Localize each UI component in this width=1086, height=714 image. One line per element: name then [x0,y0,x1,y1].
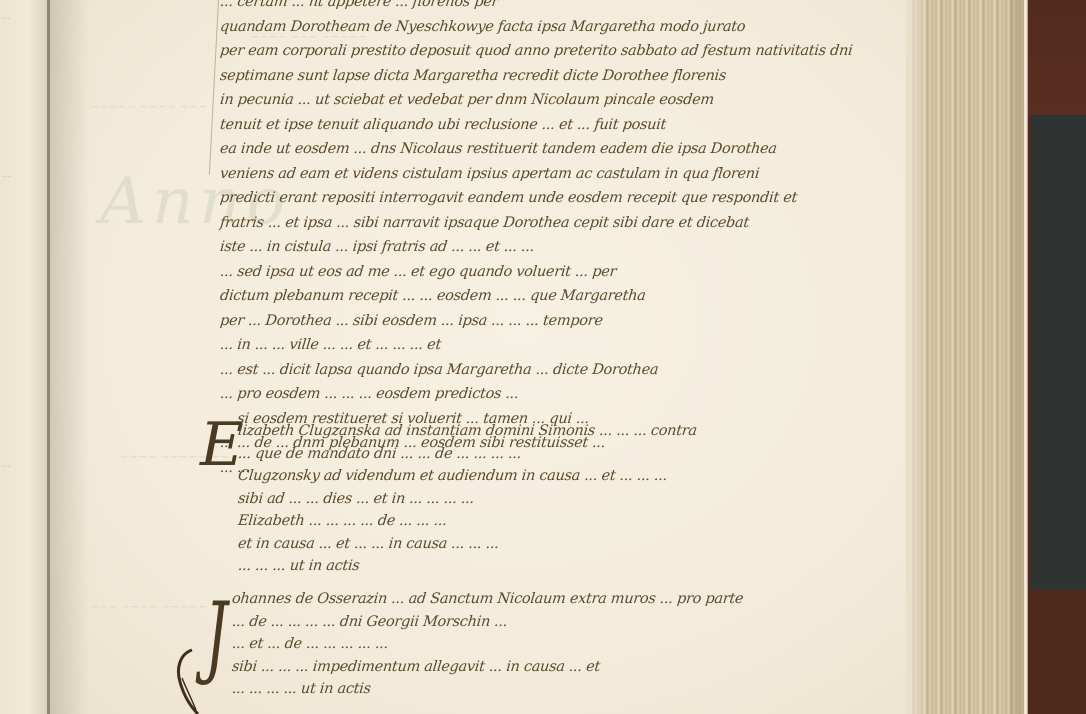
show-through-ink: ~~~~~ ~~~~ ~~~ [90,100,208,113]
text-line: quandam Dorotheam de Nyeschkowye facta i… [219,15,854,40]
text-line: per ... Dorothea ... sibi eosdem ... ips… [219,309,854,334]
text-line: Elizabeth ... ... ... ... de ... ... ... [237,510,698,533]
text-line: ea inde ut eosdem ... dns Nicolaus resti… [219,137,854,162]
text-line: Clugzonsky ad videndum et audiendum in c… [237,465,698,488]
text-line: ... sed ipsa ut eos ad me ... et ego qua… [219,260,854,285]
margin-flourish-icon [170,648,200,714]
text-line: in pecunia ... ut sciebat et vedebat per… [219,88,854,113]
paragraph-1: ... certam ... nt appetere ... florenos … [220,0,852,480]
text-line: ohannes de Osserazin ... ad Sanctum Nico… [231,588,745,611]
text-line: per eam corporali prestito deposuit quod… [219,39,854,64]
text-line: tenuit et ipse tenuit aliquando ubi recl… [219,113,854,138]
text-line: ... que de mandato dni ... ... de ... ..… [237,443,698,466]
text-line: dictum plebanum recepit ... ... eosdem .… [219,284,854,309]
text-line: ... certam ... nt appetere ... florenos … [219,0,854,15]
initial-letter-j: J [205,585,227,689]
text-line: ... ... ... ut in actis [237,555,698,578]
marginal-note: ... [2,170,11,180]
paragraph-3: ohannes de Osserazin ... ad Sanctum Nico… [232,588,743,701]
text-line: ... et ... de ... ... ... ... ... [231,633,745,656]
text-line: ... pro eosdem ... ... ... eosdem predic… [219,382,854,407]
page-fore-edge [905,0,1027,714]
dark-backdrop [1031,115,1086,590]
leather-binding-top [1028,0,1086,115]
gutter-shadow [50,0,90,714]
text-line: sibi ad ... ... dies ... et in ... ... .… [237,488,698,511]
show-through-ink: ~~~ ~~~~ ~~~~~ [90,600,208,613]
text-line: iste ... in cistula ... ipsi fratris ad … [219,235,854,260]
text-line: ... in ... ... ville ... ... et ... ... … [219,333,854,358]
marginal-note: ... [2,12,11,22]
text-line: et in causa ... et ... ... in causa ... … [237,533,698,556]
text-line: ... est ... dicit lapsa quando ipsa Marg… [219,358,854,383]
marginal-note: ... [2,460,11,470]
text-line: predicti erant repositi interrogavit ean… [219,186,854,211]
text-line: ... de ... ... ... ... dni Georgii Morsc… [231,611,745,634]
paragraph-2: lizabeth Clugzanska ad instantiam domini… [238,420,697,578]
text-line: ... ... ... ... ut in actis [231,678,745,701]
text-line: fratris ... et ipsa ... sibi narravit ip… [219,211,854,236]
text-line: sibi ... ... ... impedimentum allegavit … [231,656,745,679]
text-line: lizabeth Clugzanska ad instantiam domini… [237,420,698,443]
facing-left-page: ... ... ... [0,0,48,714]
text-line: veniens ad eam et videns cistulam ipsius… [219,162,854,187]
text-line: septimane sunt lapse dicta Margaretha re… [219,64,854,89]
